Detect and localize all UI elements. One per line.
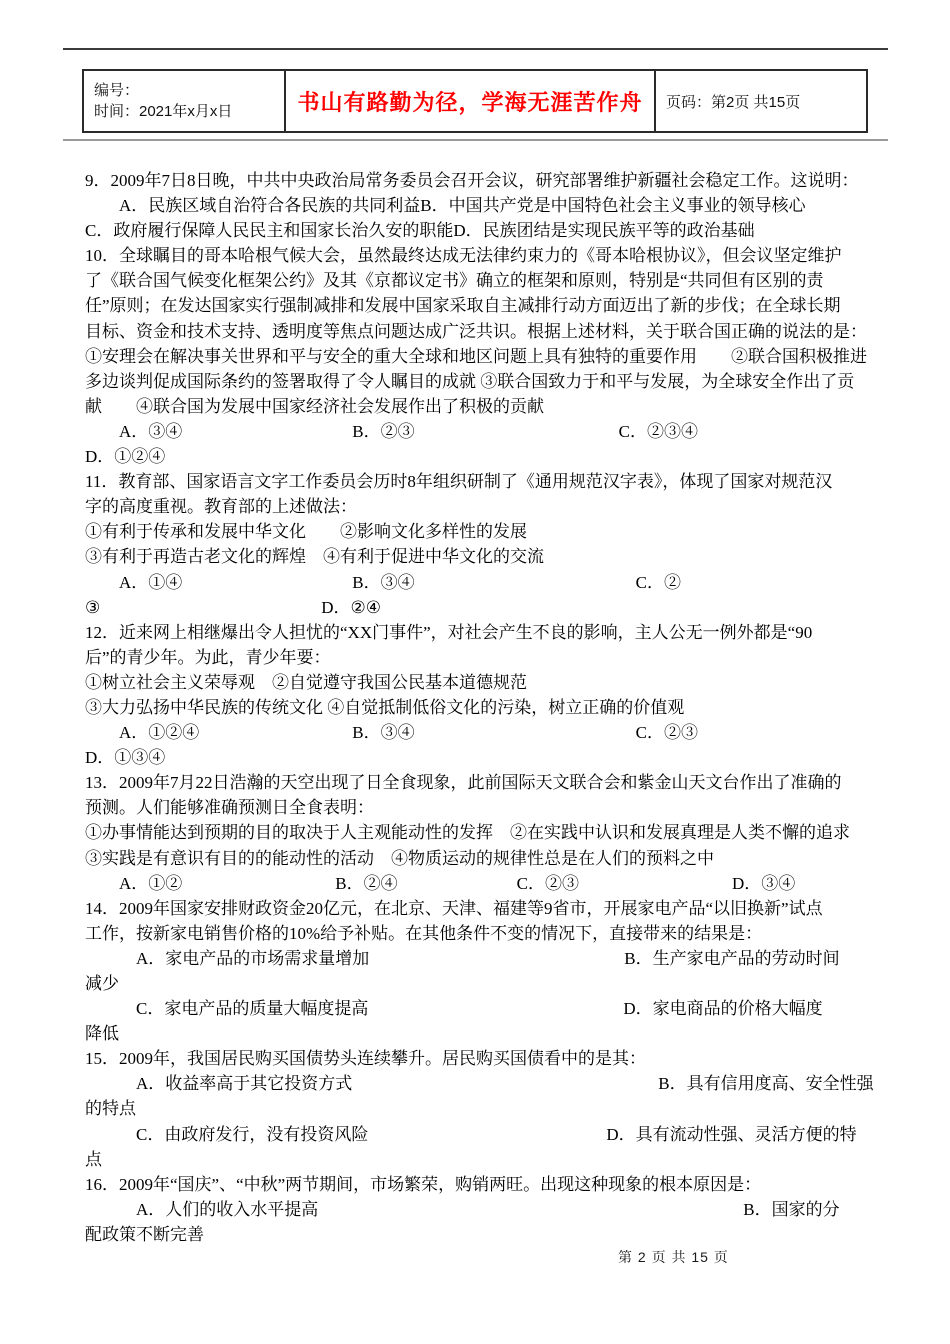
text-line: 献 ④联合国为发展中国家经济社会发展作出了积极的贡献 xyxy=(85,394,885,419)
text-line: 减少 xyxy=(85,971,885,996)
text-line: ①树立社会主义荣辱观 ②自觉遵守我国公民基本道德规范 xyxy=(85,670,885,695)
text-line: A．①②④ B．③④ C．②③ xyxy=(85,720,885,745)
text-line: ③实践是有意识有目的的能动性的活动 ④物质运动的规律性总是在人们的预料之中 xyxy=(85,846,885,871)
doc-date-label: 时间：2021年x月x日 xyxy=(94,101,278,122)
text-line: 目标、资金和技术支持、透明度等焦点问题达成广泛共识。根据上述材料，关于联合国正确… xyxy=(85,319,885,344)
text-line: ①办事情能达到预期的目的取决于人主观能动性的发挥 ②在实践中认识和发展真理是人类… xyxy=(85,820,885,845)
text-line: D．①③④ xyxy=(85,745,885,770)
text-line: 降低 xyxy=(85,1021,885,1046)
text-line: D．①②④ xyxy=(85,444,885,469)
text-line: C．政府履行保障人民民主和国家长治久安的职能D．民族团结是实现民族平等的政治基础 xyxy=(85,218,885,243)
text-line: 16．2009年“国庆”、“中秋”两节期间，市场繁荣，购销两旺。出现这种现象的根… xyxy=(85,1172,885,1197)
text-line: 14．2009年国家安排财政资金20亿元，在北京、天津、福建等9省市，开展家电产… xyxy=(85,896,885,921)
text-line: ③ D．②④ xyxy=(85,595,885,620)
text-line: A．收益率高于其它投资方式 B．具有信用度高、安全性强 xyxy=(85,1071,885,1096)
text-line: 多边谈判促成国际条约的签署取得了令人瞩目的成就 ③联合国致力于和平与发展，为全球… xyxy=(85,369,885,394)
header-cell-number-date: 编号： 时间：2021年x月x日 xyxy=(84,71,286,131)
text-line: A．①② B．②④ C．②③ D．③④ xyxy=(85,871,885,896)
text-line: ①有利于传承和发展中华文化 ②影响文化多样性的发展 xyxy=(85,519,885,544)
text-line: 了《联合国气候变化框架公约》及其《京都议定书》确立的框架和原则，特别是“共同但有… xyxy=(85,268,885,293)
text-line: A．人们的收入水平提高 B．国家的分 xyxy=(85,1197,885,1222)
text-line: 11．教育部、国家语言文字工作委员会历时8年组织研制了《通用规范汉字表》，体现了… xyxy=(85,469,885,494)
text-line: 任”原则；在发达国家实行强制减排和发展中国家采取自主减排行动方面迈出了新的步伐；… xyxy=(85,293,885,318)
text-line: 点 xyxy=(85,1147,885,1172)
text-line: 后”的青少年。为此，青少年要： xyxy=(85,645,885,670)
text-line: ①安理会在解决事关世界和平与安全的重大全球和地区问题上具有独特的重要作用 ②联合… xyxy=(85,344,885,369)
text-line: A．①④ B．③④ C．② xyxy=(85,570,885,595)
text-line: C．家电产品的质量大幅度提高 D．家电商品的价格大幅度 xyxy=(85,996,885,1021)
doc-number-label: 编号： xyxy=(94,80,278,101)
header-cell-page-number: 页码：第2页 共15页 xyxy=(656,71,866,131)
text-line: 10．全球瞩目的哥本哈根气候大会，虽然最终达成无法律约束力的《哥本哈根协议》，但… xyxy=(85,243,885,268)
text-line: A．家电产品的市场需求量增加 B．生产家电产品的劳动时间 xyxy=(85,946,885,971)
header-table: 编号： 时间：2021年x月x日 书山有路勤为径，学海无涯苦作舟 页码：第2页 … xyxy=(82,69,868,133)
text-line: ③大力弘扬中华民族的传统文化 ④自觉抵制低俗文化的污染，树立正确的价值观 xyxy=(85,695,885,720)
document-page: 编号： 时间：2021年x月x日 书山有路勤为径，学海无涯苦作舟 页码：第2页 … xyxy=(0,0,950,1344)
text-line: 工作，按新家电销售价格的10%给予补贴。在其他条件不变的情况下，直接带来的结果是… xyxy=(85,921,885,946)
text-line: 的特点 xyxy=(85,1096,885,1121)
question-text-block: 9．2009年7日8日晚，中共中央政治局常务委员会召开会议，研究部署维护新疆社会… xyxy=(85,168,885,1247)
text-line: C．由政府发行，没有投资风险 D．具有流动性强、灵活方便的特 xyxy=(85,1122,885,1147)
page-footer: 第 2 页 共 15 页 xyxy=(618,1247,729,1267)
text-line: 15．2009年，我国居民购买国债势头连续攀升。居民购买国债看中的是其： xyxy=(85,1046,885,1071)
page-number-label: 页码：第2页 共15页 xyxy=(666,91,800,112)
text-line: 字的高度重视。教育部的上述做法： xyxy=(85,494,885,519)
header-bottom-rule xyxy=(63,139,888,141)
header-cell-motto: 书山有路勤为径，学海无涯苦作舟 xyxy=(286,71,656,131)
text-line: ③有利于再造古老文化的辉煌 ④有利于促进中华文化的交流 xyxy=(85,544,885,569)
footer-page-label: 第 2 页 共 15 页 xyxy=(618,1249,729,1265)
motto-text: 书山有路勤为径，学海无涯苦作舟 xyxy=(297,86,642,117)
text-line: 配政策不断完善 xyxy=(85,1222,885,1247)
text-line: 9．2009年7日8日晚，中共中央政治局常务委员会召开会议，研究部署维护新疆社会… xyxy=(85,168,885,193)
header-top-rule xyxy=(63,48,888,50)
text-line: A．③④ B．②③ C．②③④ xyxy=(85,419,885,444)
text-line: 12．近来网上相继爆出令人担忧的“XX门事件”，对社会产生不良的影响，主人公无一… xyxy=(85,620,885,645)
text-line: 预测。人们能够准确预测日全食表明： xyxy=(85,795,885,820)
text-line: 13．2009年7月22日浩瀚的天空出现了日全食现象，此前国际天文联合会和紫金山… xyxy=(85,770,885,795)
text-line: A．民族区域自治符合各民族的共同利益B．中国共产党是中国特色社会主义事业的领导核… xyxy=(85,193,885,218)
